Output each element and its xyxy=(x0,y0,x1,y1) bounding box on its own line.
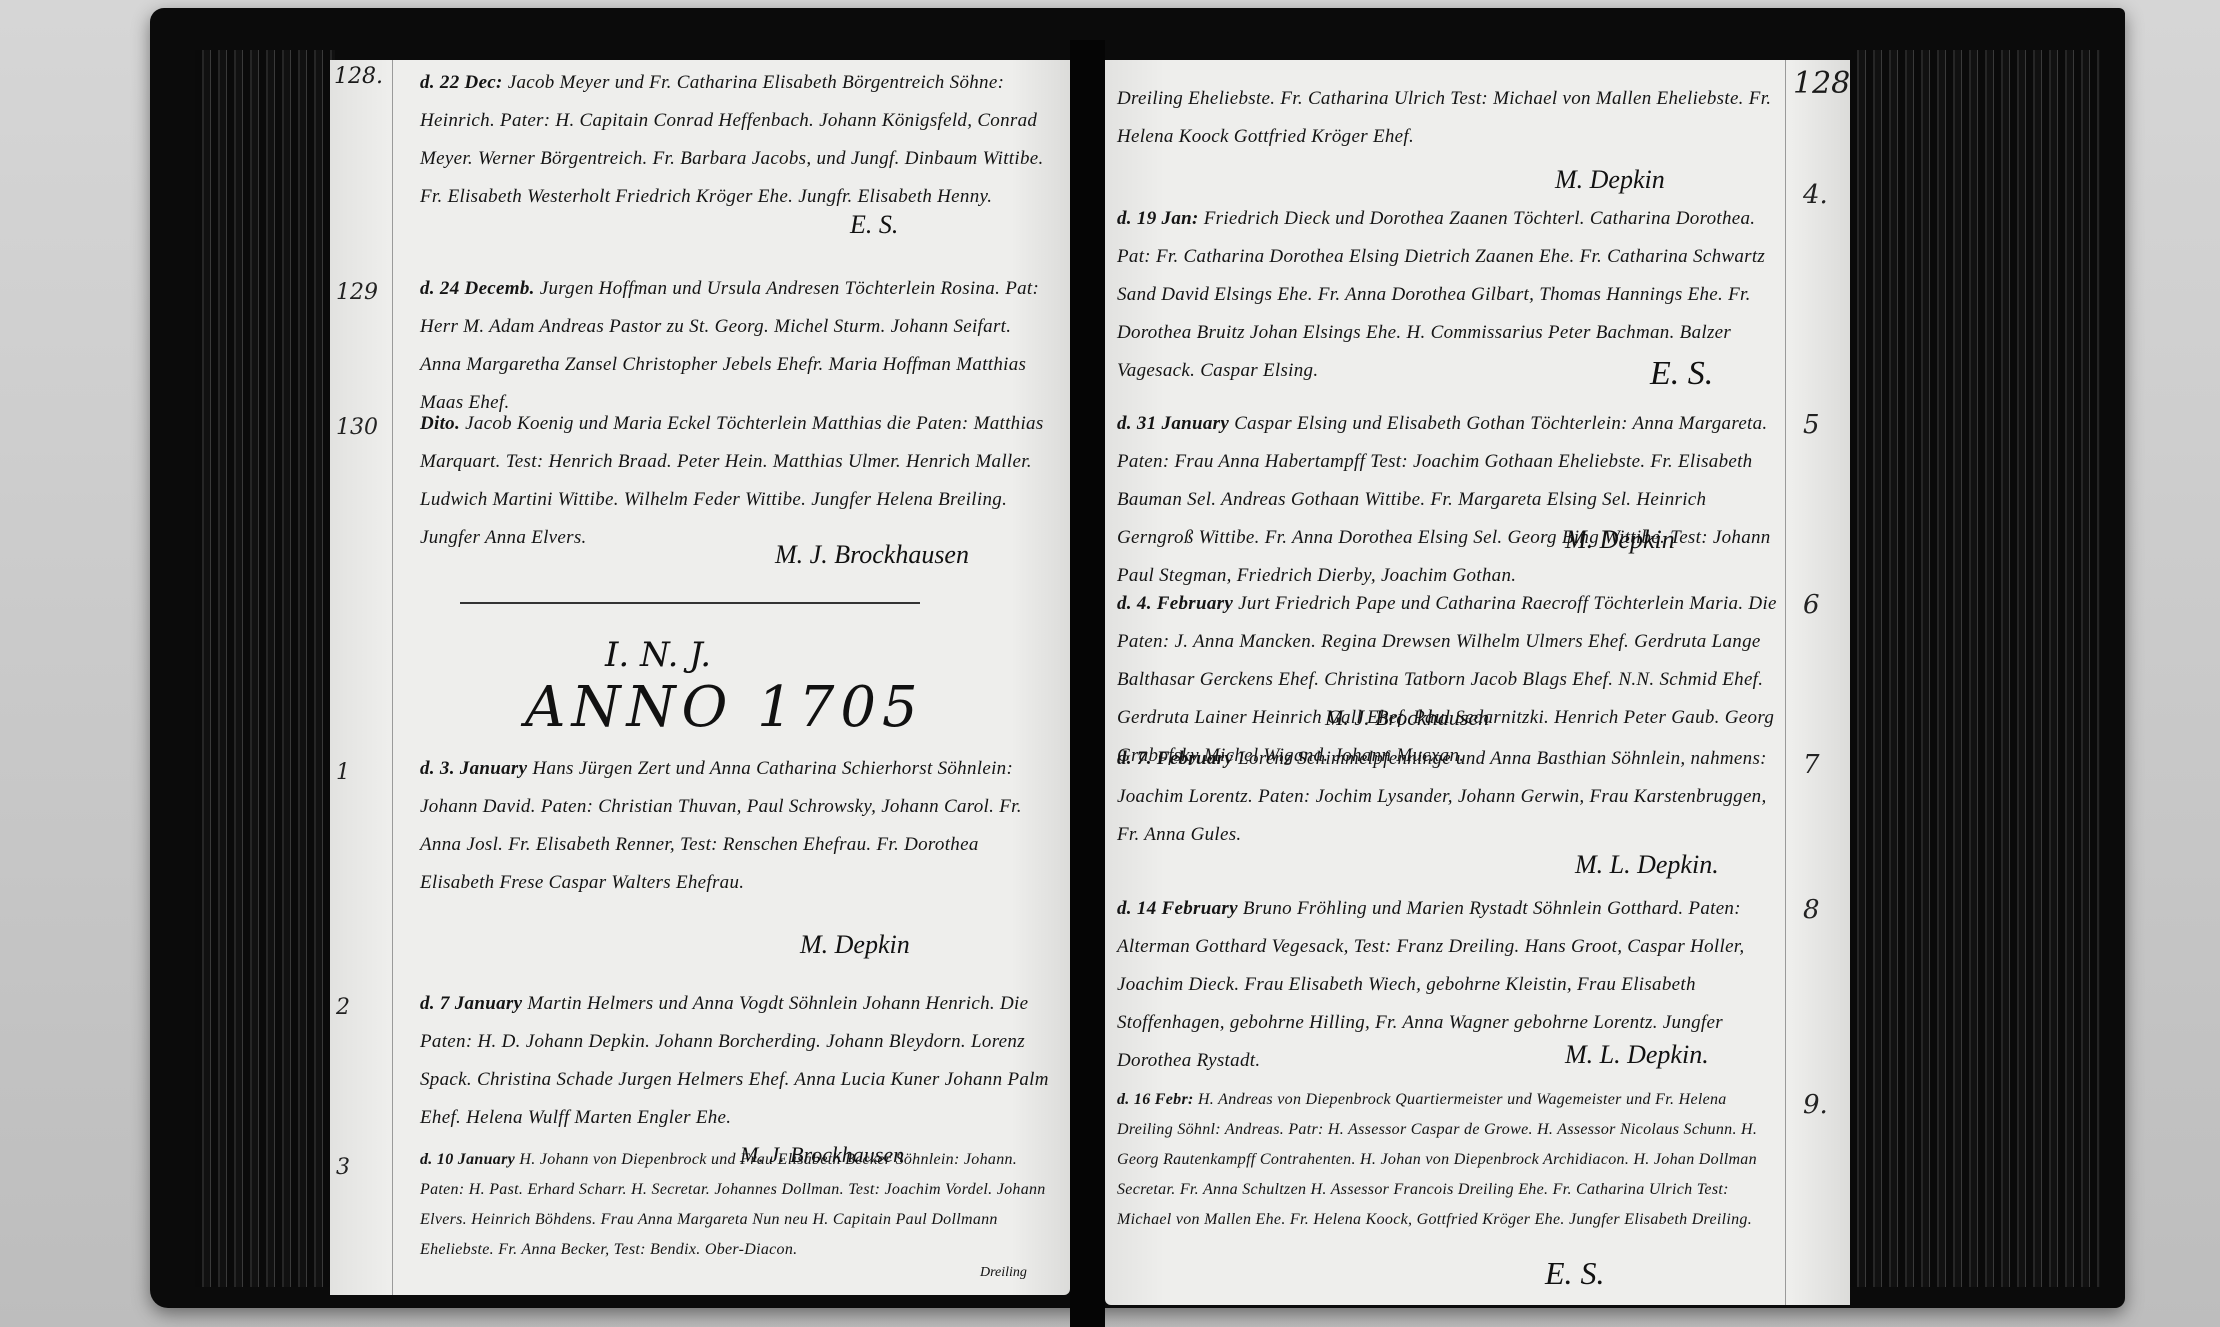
entry-signature: M. Depkin xyxy=(800,930,910,960)
entry-signature: E. S. xyxy=(1545,1255,1605,1292)
book-gutter xyxy=(1070,40,1105,1327)
entry-signature: M. Depkin xyxy=(1565,525,1675,555)
entry-signature: M. J. Brockhausen xyxy=(775,540,969,570)
entry-signature: M. Depkin xyxy=(1555,165,1665,195)
right-page: 128 Dreiling Eheliebste. Fr. Catharina U… xyxy=(1105,60,1850,1305)
baptism-entry: Dito. Jacob Koenig und Maria Eckel Töcht… xyxy=(420,405,1050,557)
entry-text: Caspar Elsing und Elisabeth Gothan Töcht… xyxy=(1117,413,1771,586)
invocation-heading: I. N. J. xyxy=(605,635,711,675)
baptism-entry: d. 24 Decemb. Jurgen Hoffman und Ursula … xyxy=(420,270,1050,422)
baptism-entry: d. 3. January Hans Jürgen Zert und Anna … xyxy=(420,750,1050,902)
entry-number: 129 xyxy=(336,280,378,305)
entry-signature: M. L. Depkin. xyxy=(1565,1040,1709,1070)
entry-signature: E. S. xyxy=(850,210,898,240)
entry-number: 1 xyxy=(336,760,350,785)
entry-date: d. 14 February xyxy=(1117,898,1238,919)
entry-date: d. 10 January xyxy=(420,1151,515,1168)
entry-text: Jacob Koenig und Maria Eckel Töchterlein… xyxy=(420,413,1044,548)
entry-date: Dito. xyxy=(420,413,460,434)
entry-date: d. 22 Dec: xyxy=(420,72,503,93)
entry-date: d. 24 Decemb. xyxy=(420,278,535,299)
entry-number: 3 xyxy=(336,1155,350,1180)
entry-text: Jacob Meyer und Fr. Catharina Elisabeth … xyxy=(420,72,1044,207)
year-heading: ANNO 1705 xyxy=(525,675,924,740)
baptism-entry: d. 7. February Lorenz Schimmelpfenninge … xyxy=(1117,740,1777,854)
entry-number: 9. xyxy=(1803,1090,1828,1120)
margin-rule xyxy=(1785,60,1786,1305)
page-number: 128 xyxy=(1793,66,1850,101)
entry-date: d. 31 January xyxy=(1117,413,1229,434)
entry-text: H. Andreas von Diepenbrock Quartiermeist… xyxy=(1117,1091,1757,1228)
continued-entry: Dreiling Eheliebste. Fr. Catharina Ulric… xyxy=(1117,80,1777,156)
entry-signature: Dreiling xyxy=(980,1265,1027,1281)
entry-date: d. 7 January xyxy=(420,993,522,1014)
baptism-entry: d. 22 Dec: Jacob Meyer und Fr. Catharina… xyxy=(420,64,1050,216)
entry-signature: E. S. xyxy=(1650,355,1713,393)
margin-rule xyxy=(392,60,393,1295)
entry-date: d. 4. February xyxy=(1117,593,1233,614)
entry-number: 6 xyxy=(1803,590,1820,620)
left-page: 128. d. 22 Dec: Jacob Meyer und Fr. Cath… xyxy=(330,60,1070,1295)
entry-date: d. 16 Febr: xyxy=(1117,1091,1194,1108)
baptism-entry: d. 16 Febr: H. Andreas von Diepenbrock Q… xyxy=(1117,1085,1777,1235)
right-page-block-edge xyxy=(1850,50,2100,1287)
entry-number: 130 xyxy=(336,415,378,440)
baptism-entry: d. 31 January Caspar Elsing und Elisabet… xyxy=(1117,405,1777,595)
entry-date: d. 7. February xyxy=(1117,748,1233,769)
entry-text: Dreiling Eheliebste. Fr. Catharina Ulric… xyxy=(1117,88,1771,147)
entry-date: d. 3. January xyxy=(420,758,527,779)
entry-number: 7 xyxy=(1803,750,1820,780)
left-page-block-edge xyxy=(195,50,335,1287)
baptism-entry: d. 10 January H. Johann von Diepenbrock … xyxy=(420,1145,1050,1265)
entry-date: d. 19 Jan: xyxy=(1117,208,1199,229)
entry-number: 2 xyxy=(336,995,350,1020)
entry-number: 8 xyxy=(1803,895,1820,925)
year-divider-line xyxy=(460,602,920,604)
baptism-entry: d. 7 January Martin Helmers und Anna Vog… xyxy=(420,985,1050,1137)
entry-number: 4. xyxy=(1803,180,1828,210)
page-number: 128. xyxy=(334,64,383,89)
entry-signature: M. J. Brockhausen xyxy=(1325,705,1489,731)
entry-number: 5 xyxy=(1803,410,1820,440)
entry-signature: M. L. Depkin. xyxy=(1575,850,1719,880)
